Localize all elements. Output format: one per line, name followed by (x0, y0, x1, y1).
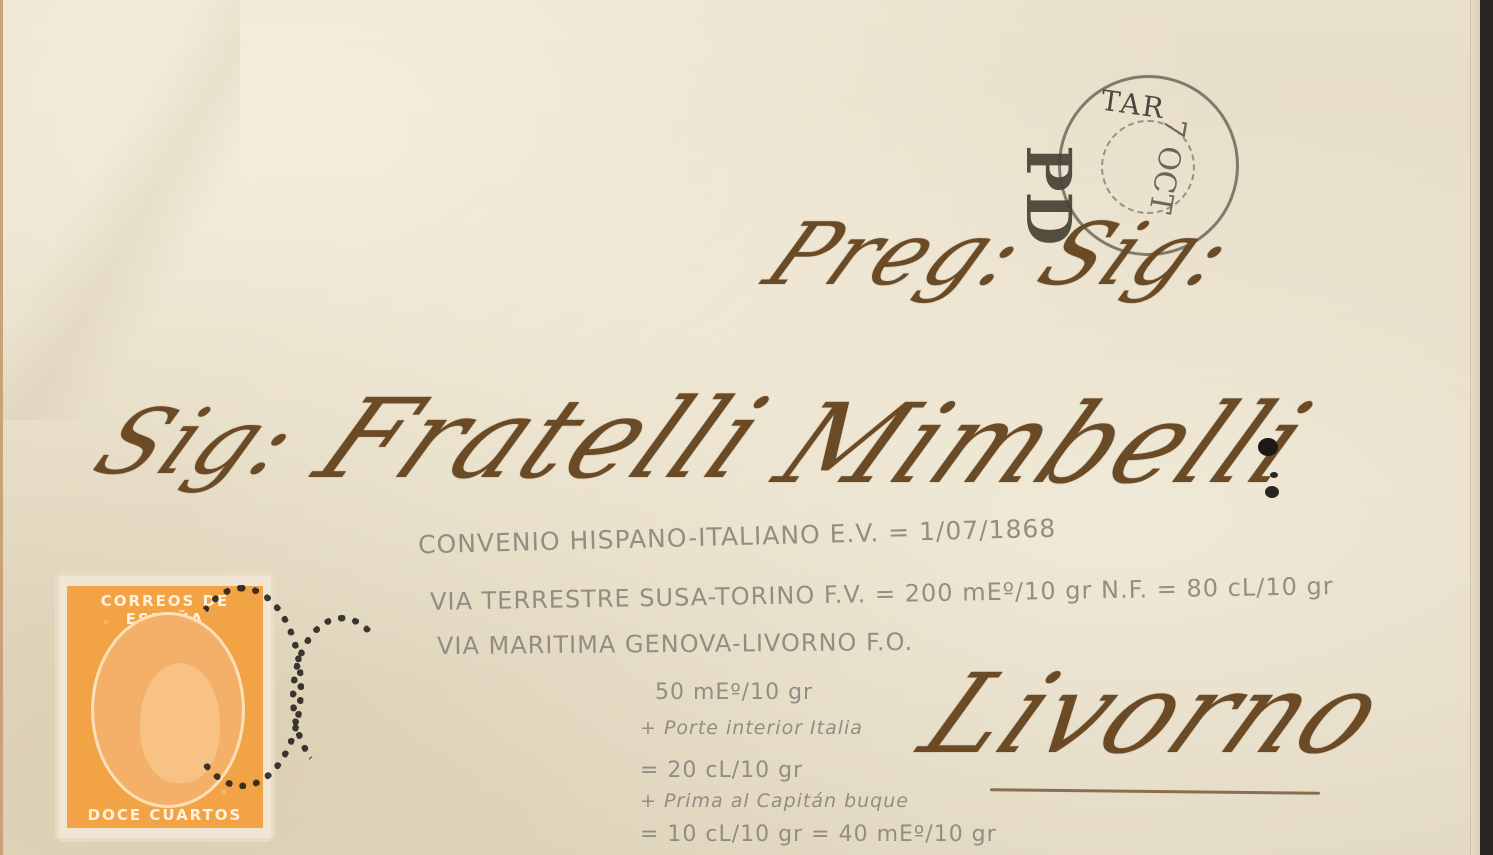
ink-blot (1258, 438, 1278, 456)
recipient-last-handwriting: Mimbelli (756, 380, 1333, 508)
background-edge (1480, 0, 1493, 855)
cancellation-mark-outer (290, 615, 394, 779)
pencil-note-italy-rate: = 20 cL/10 gr (640, 758, 803, 783)
pencil-note-italy-postage: + Porte interior Italia (640, 717, 863, 739)
cover-left-edge (0, 0, 3, 855)
salutation-handwriting: Preg: Sig: (748, 205, 1253, 305)
stamp-value-text: DOCE CUARTOS (67, 806, 263, 824)
pencil-note-captain-fee: + Prima al Capitán buque (640, 790, 909, 812)
pencil-note-rate: 50 mEº/10 gr (655, 680, 813, 705)
pencil-note-captain-rate: = 10 cL/10 gr = 40 mEº/10 gr (640, 822, 997, 847)
paper-fold (0, 0, 240, 420)
cover-right-flap (1470, 0, 1480, 855)
pencil-note-sea-route: VIA MARITIMA GENOVA-LIVORNO F.O. (437, 628, 913, 660)
recipient-first-handwriting: Fratelli (296, 375, 789, 503)
destination-city-handwriting: Livorno (901, 650, 1409, 778)
cancellation-mark (180, 585, 304, 789)
